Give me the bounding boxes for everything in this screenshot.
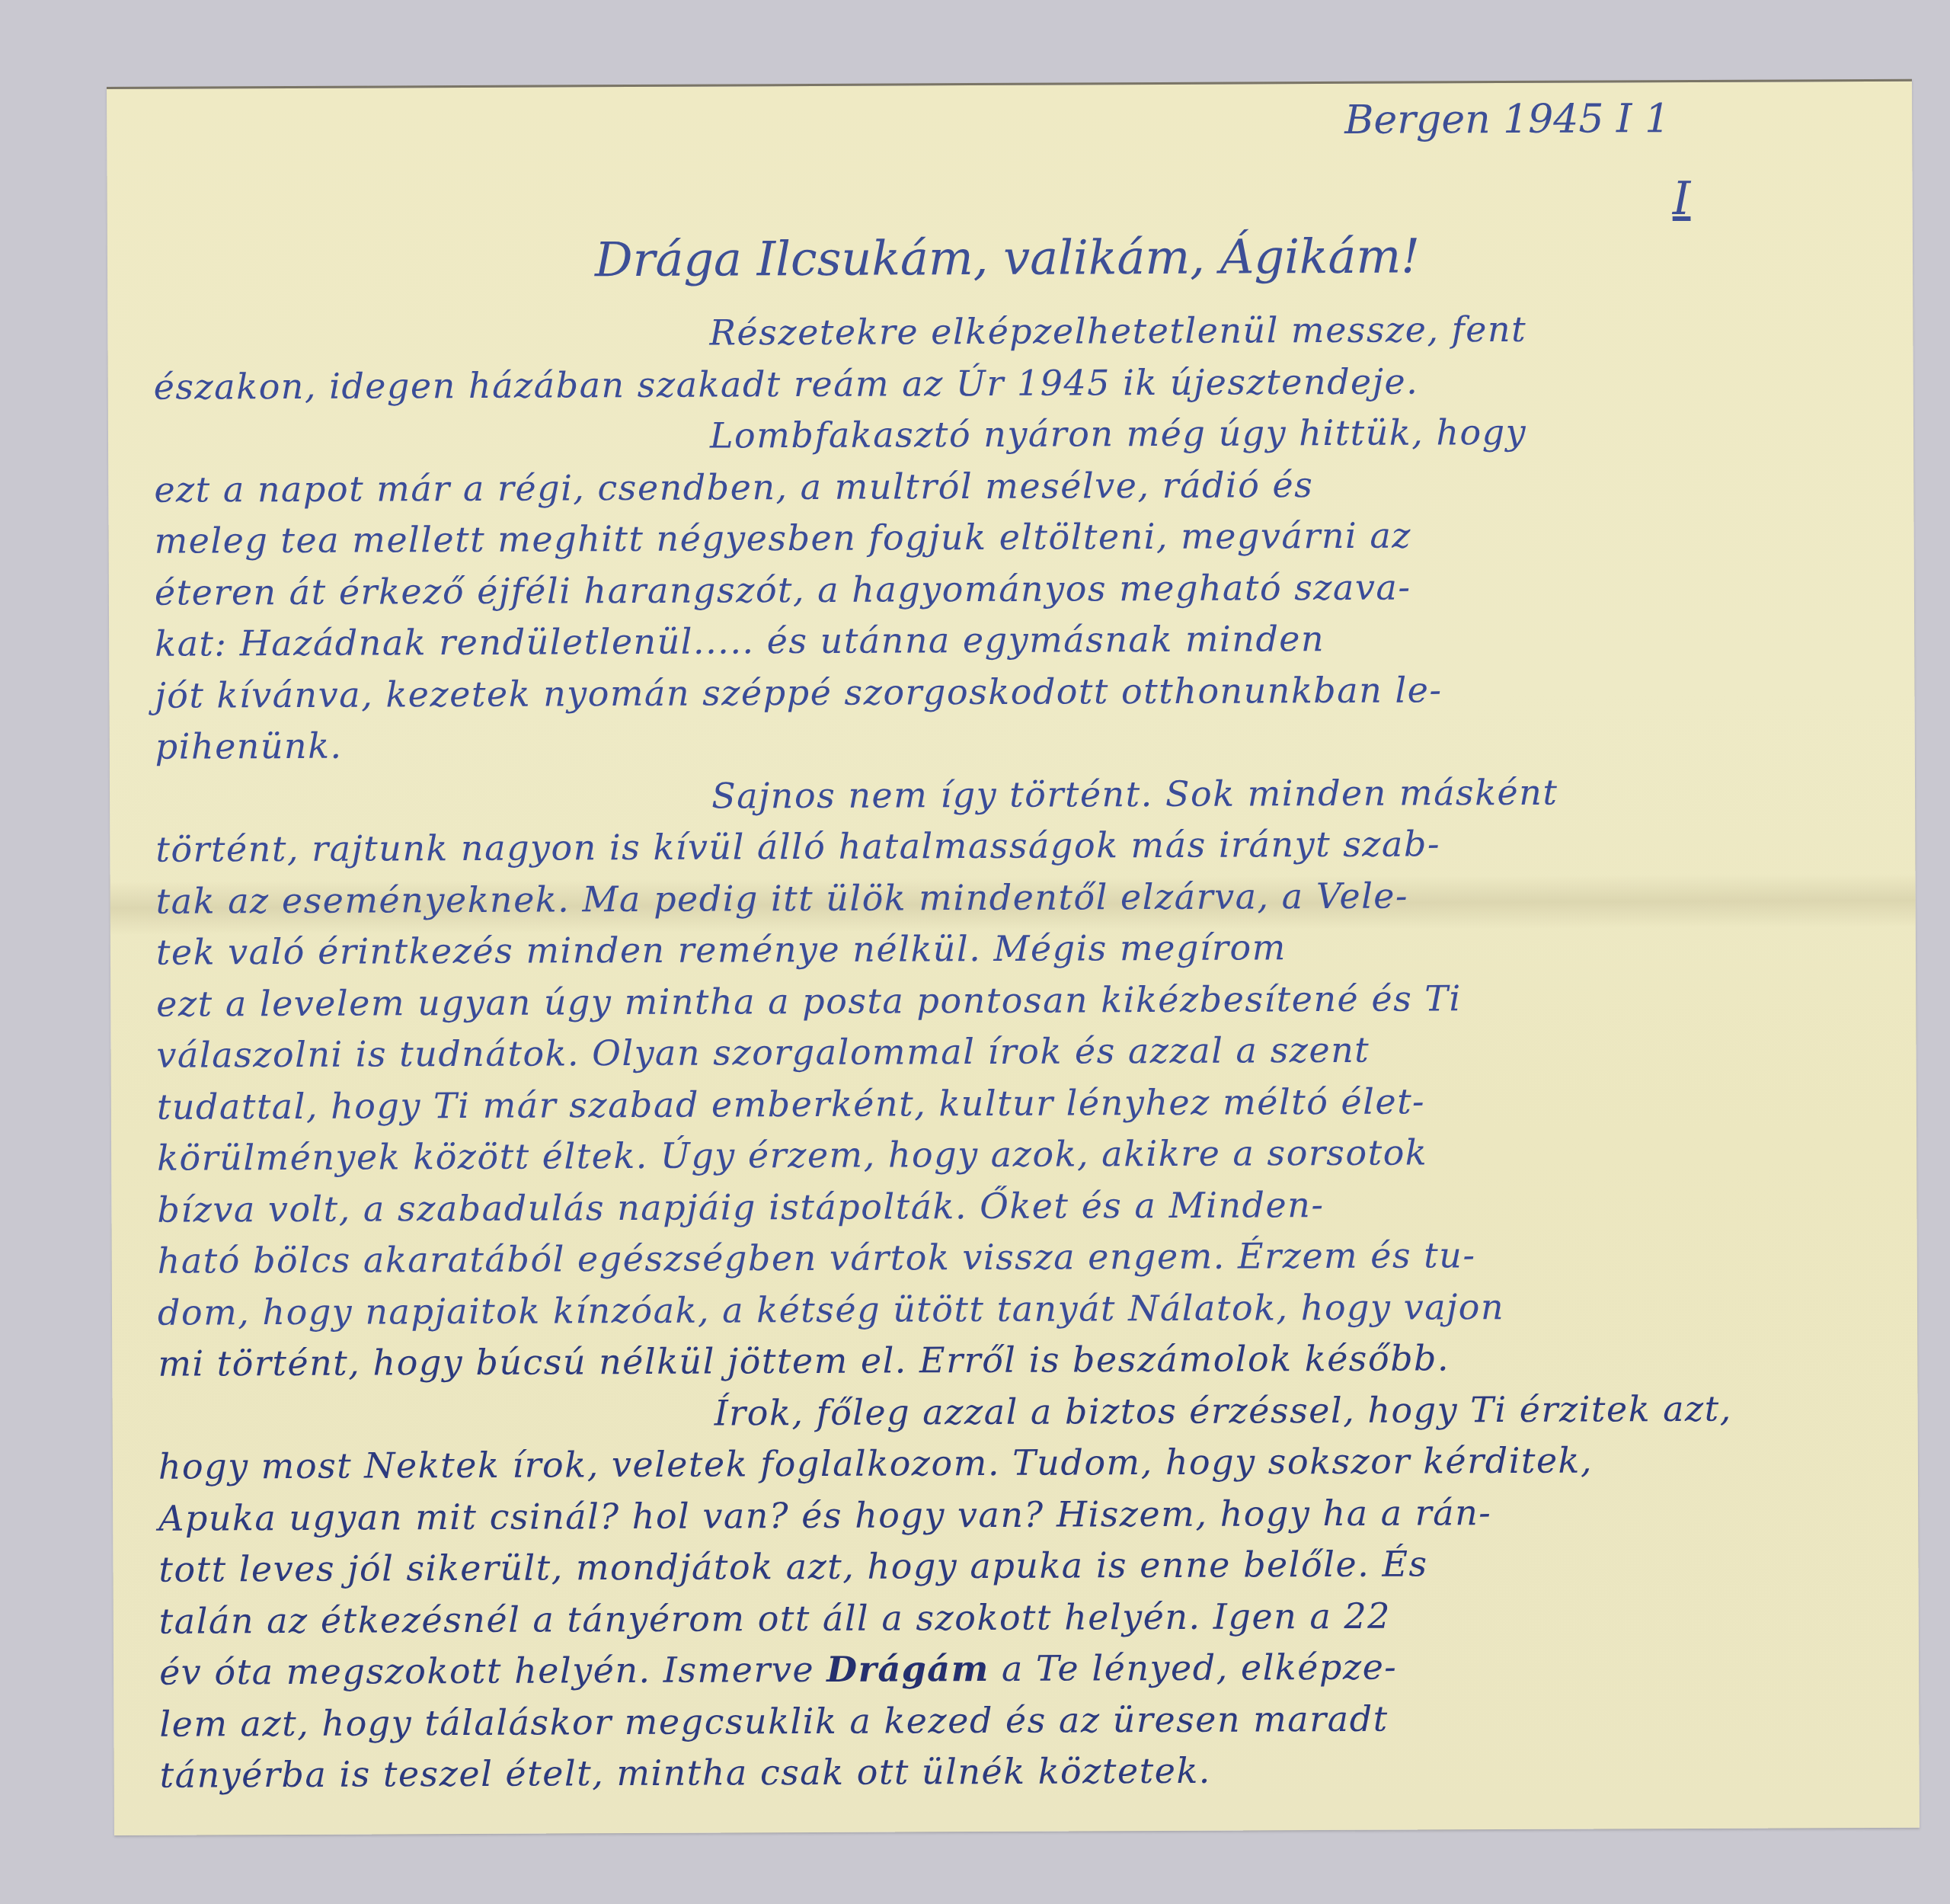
letter-line: történt, rajtunk nagyon is kívül álló ha… <box>155 817 1862 875</box>
letter-line: mi történt, hogy búcsú nélkül jöttem el.… <box>158 1331 1864 1390</box>
emphasized-word: Drágám <box>826 1648 989 1690</box>
letter-line: jót kívánva, kezetek nyomán széppé szorg… <box>155 662 1861 721</box>
letter-line: dom, hogy napjaitok kínzóak, a kétség üt… <box>158 1279 1864 1338</box>
letter-paper: Bergen 1945 I 1 I Drága Ilcsukám, valiká… <box>107 79 1920 1835</box>
letter-line: tudattal, hogy Ti már szabad emberként, … <box>157 1074 1863 1132</box>
letter-line: hogy most Nektek írok, veletek foglalkoz… <box>158 1434 1865 1493</box>
letter-line: tek való érintkezés minden reménye nélkü… <box>156 920 1862 978</box>
letter-line: éteren át érkező éjféli harangszót, a ha… <box>155 559 1861 618</box>
page-number: I <box>1673 172 1691 226</box>
letter-line: Apuka ugyan mit csinál? hol van? és hogy… <box>158 1485 1865 1544</box>
letter-line: Írok, főleg azzal a biztos érzéssel, hog… <box>158 1382 1864 1441</box>
letter-line: bízva volt, a szabadulás napjáig istápol… <box>157 1176 1863 1235</box>
letter-line: ezt a levelem ugyan úgy mintha a posta p… <box>156 971 1862 1029</box>
letter-body: Részetekre elképzelhetetlenül messze, fe… <box>153 302 1866 1801</box>
letter-line: Részetekre elképzelhetetlenül messze, fe… <box>153 302 1859 361</box>
letter-line: Sajnos nem így történt. Sok minden máské… <box>155 765 1862 824</box>
place-date: Bergen 1945 I 1 <box>1344 96 1670 143</box>
letter-line: pihenünk. <box>155 714 1862 773</box>
letter-line: tányérba is teszel ételt, mintha csak ot… <box>160 1742 1866 1801</box>
letter-line: lem azt, hogy tálaláskor megcsuklik a ke… <box>159 1691 1865 1749</box>
salutation: Drága Ilcsukám, valikám, Ágikám! <box>595 228 1420 287</box>
letter-line: év óta megszokott helyén. Ismerve Drágám… <box>159 1640 1865 1698</box>
letter-line: kat: Hazádnak rendületlenül..... és után… <box>155 611 1861 670</box>
letter-line: tott leves jól sikerült, mondjátok azt, … <box>158 1537 1865 1595</box>
letter-line: talán az étkezésnél a tányérom ott áll a… <box>159 1588 1865 1646</box>
letter-line: ható bölcs akaratából egészségben vártok… <box>158 1228 1864 1287</box>
letter-line: tak az eseményeknek. Ma pedig itt ülök m… <box>156 868 1862 926</box>
letter-line: északon, idegen házában szakadt reám az … <box>154 354 1860 412</box>
letter-line: válaszolni is tudnátok. Olyan szorgalomm… <box>156 1022 1862 1081</box>
letter-line: meleg tea mellett meghitt négyesben fogj… <box>154 508 1860 567</box>
letter-line: Lombfakasztó nyáron még úgy hittük, hogy <box>154 405 1860 464</box>
letter-line: körülmények között éltek. Úgy érzem, hog… <box>157 1125 1863 1184</box>
letter-line: ezt a napot már a régi, csendben, a mult… <box>154 456 1860 515</box>
